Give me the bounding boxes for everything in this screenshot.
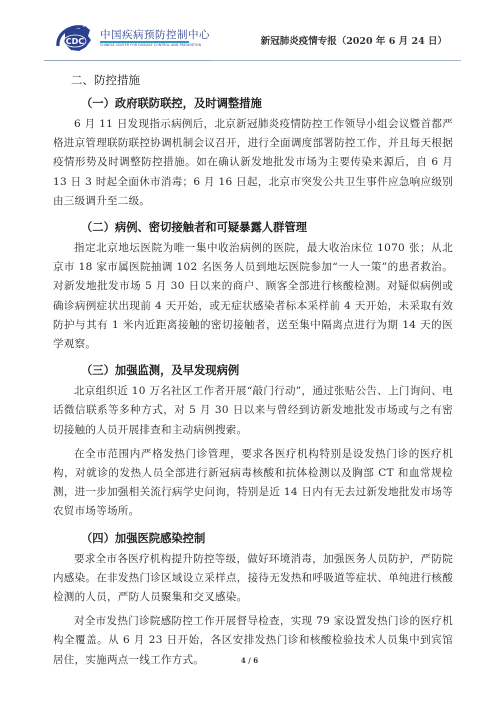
page-number: 4 / 6	[0, 656, 499, 665]
subsection-heading: （一）政府联防联控，及时调整措施	[53, 92, 453, 115]
paragraph: 6 月 11 日发现指示病例后，北京新冠肺炎疫情防控工作领导小组会议暨首都严格进…	[53, 115, 453, 211]
subsection-heading: （三）加强监测，及早发现病例	[53, 359, 453, 382]
cdc-emblem-icon: CDC	[55, 22, 95, 56]
logo-name-en: CHINESE CENTER FOR DISEASE CONTROL AND P…	[100, 43, 201, 47]
cdc-logo: CDC 中国疾病预防控制中心 CHINESE CENTER FOR DISEAS…	[55, 22, 205, 56]
section-heading: 二、防控措施	[71, 68, 453, 92]
header-divider	[44, 60, 212, 61]
paragraph: 要求全市各医疗机构提升防控等级，做好环境消毒，加强医务人员防护，严防院内感染。在…	[53, 550, 453, 608]
subsection-heading: （四）加强医院感染控制	[53, 527, 453, 550]
logo-name-cn: 中国疾病预防控制中心	[100, 27, 210, 42]
page-header: CDC 中国疾病预防控制中心 CHINESE CENTER FOR DISEAS…	[0, 0, 499, 62]
subsection-heading: （二）病例、密切接触者和可疑暴露人群管理	[53, 216, 453, 239]
paragraph: 指定北京地坛医院为唯一集中收治病例的医院，最大收治床位 1070 张；从北京市 …	[53, 239, 453, 354]
paragraph: 北京组织近 10 万名社区工作者开展“敲门行动”，通过张贴公告、上门询问、电话微…	[53, 382, 453, 440]
svg-text:CDC: CDC	[66, 37, 85, 46]
report-title: 新冠肺炎疫情专报（2020 年 6 月 24 日）	[261, 33, 447, 47]
header-divider	[212, 60, 461, 61]
document-body: 二、防控措施 （一）政府联防联控，及时调整措施 6 月 11 日发现指示病例后，…	[53, 68, 453, 675]
paragraph: 在全市范围内严格发热门诊管理，要求各医疗机构特别是设发热门诊的医疗机构，对就诊的…	[53, 445, 453, 522]
